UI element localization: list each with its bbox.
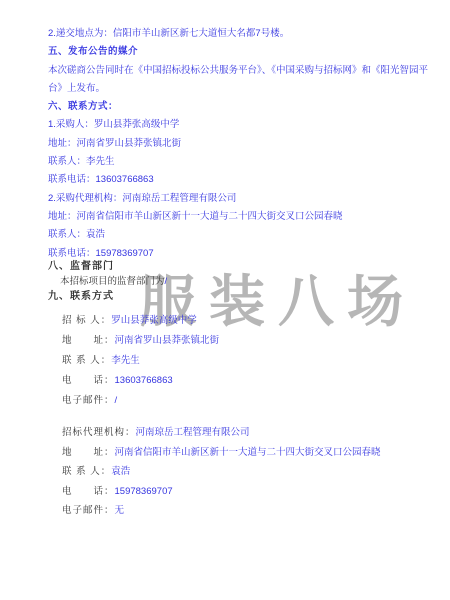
tenderer-address-value: 河南省罗山县莽张镇北街 xyxy=(115,335,220,346)
tenderer-contact-value: 李先生 xyxy=(111,355,140,366)
tenderer-email-label: 电子邮件： xyxy=(62,395,115,406)
document-page: 服装八场 2.递交地点为：信阳市羊山新区新七大道恒大名都7号楼。 五、发布公告的… xyxy=(0,0,450,600)
supervision-section: 八、监督部门 本招标项目的监督部门为/ 九、联系方式 xyxy=(48,259,428,304)
tenderer-phone-label: 电 话： xyxy=(62,375,115,386)
doc-line-media-1: 本次磋商公告同时在《中国招标投标公共服务平台》、《中国采购与招标网》和《阳光智园… xyxy=(48,62,418,80)
tenderer-email-value: / xyxy=(115,395,118,406)
agency-address-row: 地 址：河南省信阳市羊山新区新十一大道与二十四大街交叉口公园春晓 xyxy=(62,443,434,463)
purchaser-address-line: 地址：河南省罗山县莽张镇北街 xyxy=(48,135,418,153)
agency-contact-row: 联 系 人：袁浩 xyxy=(62,462,434,482)
section6-heading: 六、联系方式： xyxy=(48,98,418,116)
tenderer-contact-row: 联 系 人：李先生 xyxy=(62,351,434,371)
agency-name-value: 河南琼岳工程管理有限公司 xyxy=(136,427,250,438)
section8-heading: 八、监督部门 xyxy=(48,259,428,274)
agency-contact-block: 招标代理机构：河南琼岳工程管理有限公司 地 址：河南省信阳市羊山新区新十一大道与… xyxy=(62,423,434,521)
doc-line-submission-place: 2.递交地点为：信阳市羊山新区新七大道恒大名都7号楼。 xyxy=(48,25,418,43)
purchaser-phone-line: 联系电话：13603766863 xyxy=(48,171,418,189)
agency-contact-label: 联 系 人： xyxy=(62,466,111,477)
purchaser-contact-line: 联系人：李先生 xyxy=(48,153,418,171)
tenderer-name-label: 招 标 人： xyxy=(62,315,111,326)
tenderer-name-value: 罗山县莽张高级中学 xyxy=(111,315,197,326)
supervision-label: 本招标项目的监督部门为 xyxy=(60,276,165,287)
agency-phone-row: 电 话：15978369707 xyxy=(62,482,434,502)
tenderer-phone-value: 13603766863 xyxy=(115,375,173,386)
tenderer-phone-row: 电 话：13603766863 xyxy=(62,371,434,391)
tenderer-name-row: 招 标 人：罗山县莽张高级中学 xyxy=(62,311,434,331)
doc-line-media-2: 台》上发布。 xyxy=(48,80,418,98)
tenderer-contact-block: 招 标 人：罗山县莽张高级中学 地 址：河南省罗山县莽张镇北街 联 系 人：李先… xyxy=(62,311,434,411)
section9-heading: 九、联系方式 xyxy=(48,289,428,304)
agency-email-value: 无 xyxy=(115,505,125,516)
agency-address-label: 地 址： xyxy=(62,447,115,458)
supervision-value: / xyxy=(165,276,168,287)
agency-name-row: 招标代理机构：河南琼岳工程管理有限公司 xyxy=(62,423,434,443)
tenderer-contact-label: 联 系 人： xyxy=(62,355,111,366)
purchaser-name-line: 1.采购人：罗山县莽张高级中学 xyxy=(48,116,418,134)
agency-name-label: 招标代理机构： xyxy=(62,427,136,438)
agency-contact-value: 袁浩 xyxy=(111,466,130,477)
agent-name-line: 2.采购代理机构：河南琼岳工程管理有限公司 xyxy=(48,190,418,208)
announcement-body: 2.递交地点为：信阳市羊山新区新七大道恒大名都7号楼。 五、发布公告的媒介 本次… xyxy=(48,25,418,263)
agency-address-value: 河南省信阳市羊山新区新十一大道与二十四大街交叉口公园春晓 xyxy=(115,447,381,458)
agency-phone-value: 15978369707 xyxy=(115,486,173,497)
agent-contact-line: 联系人：袁浩 xyxy=(48,226,418,244)
supervision-body: 本招标项目的监督部门为/ xyxy=(48,274,428,289)
section5-heading: 五、发布公告的媒介 xyxy=(48,43,418,61)
agency-email-label: 电子邮件： xyxy=(62,505,115,516)
agent-address-line: 地址：河南省信阳市羊山新区新十一大道与二十四大街交叉口公园春晓 xyxy=(48,208,418,226)
agency-phone-label: 电 话： xyxy=(62,486,115,497)
tenderer-address-label: 地 址： xyxy=(62,335,115,346)
agency-email-row: 电子邮件：无 xyxy=(62,501,434,521)
tenderer-address-row: 地 址：河南省罗山县莽张镇北街 xyxy=(62,331,434,351)
tenderer-email-row: 电子邮件：/ xyxy=(62,391,434,411)
